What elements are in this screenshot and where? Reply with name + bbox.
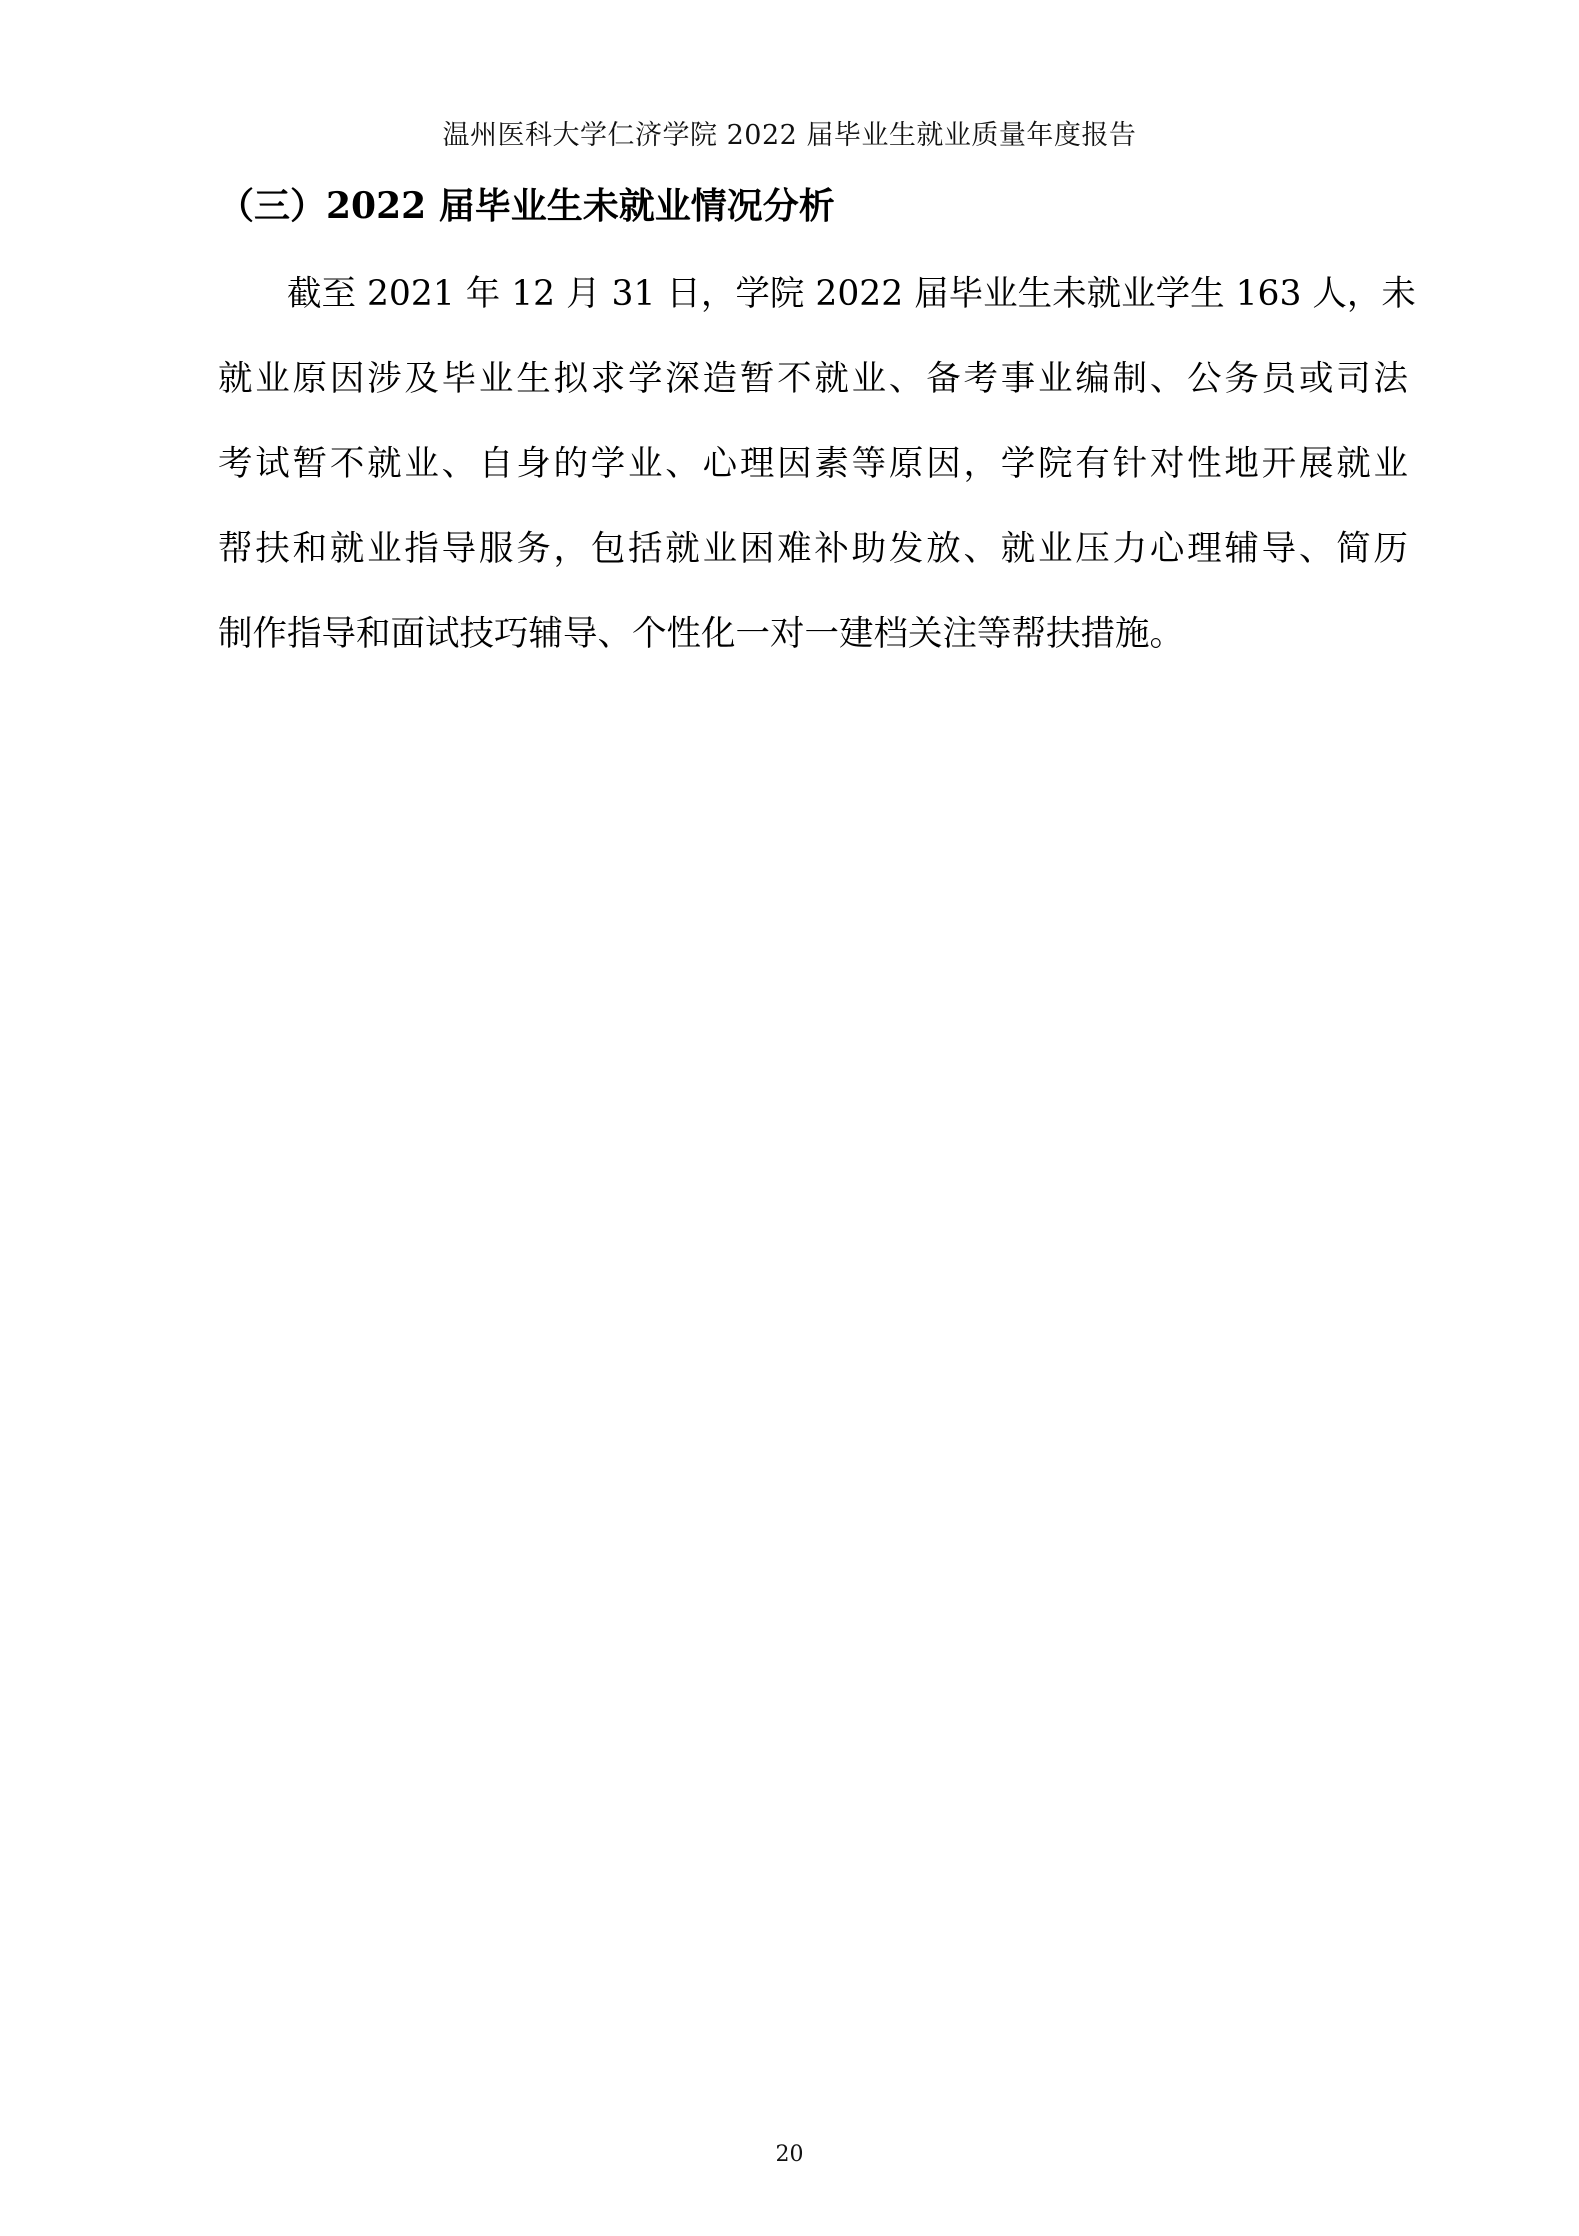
paragraph-line: 就业原因涉及毕业生拟求学深造暂不就业、备考事业编制、公务员或司法 <box>218 356 1408 441</box>
document-page: 温州医科大学仁济学院 2022 届毕业生就业质量年度报告 （三）2022 届毕业… <box>0 0 1579 2236</box>
body-paragraph: 截至 2021 年 12 月 31 日，学院 2022 届毕业生未就业学生 16… <box>218 271 1408 696</box>
paragraph-line: 考试暂不就业、自身的学业、心理因素等原因，学院有针对性地开展就业 <box>218 441 1408 526</box>
section-heading: （三）2022 届毕业生未就业情况分析 <box>218 183 835 229</box>
paragraph-line: 制作指导和面试技巧辅导、个性化一对一建档关注等帮扶措施。 <box>218 611 1408 696</box>
paragraph-line: 截至 2021 年 12 月 31 日，学院 2022 届毕业生未就业学生 16… <box>218 271 1408 356</box>
paragraph-line: 帮扶和就业指导服务，包括就业困难补助发放、就业压力心理辅导、简历 <box>218 526 1408 611</box>
page-number: 20 <box>0 2140 1579 2170</box>
running-header: 温州医科大学仁济学院 2022 届毕业生就业质量年度报告 <box>0 118 1579 154</box>
